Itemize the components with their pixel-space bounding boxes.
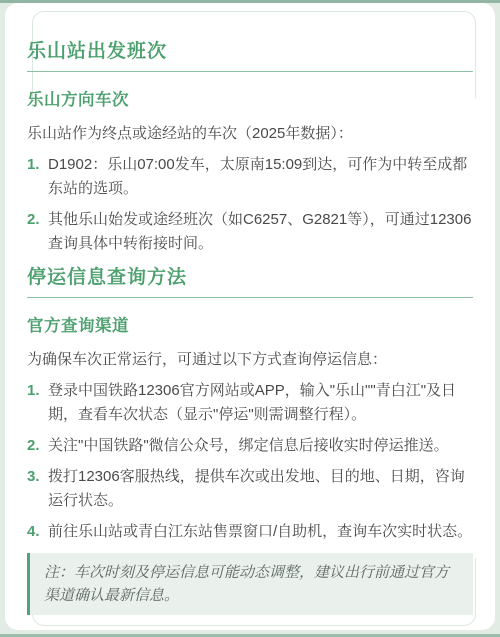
list-item-text: 登录中国铁路12306官方网站或APP，输入"乐山""青白江"及日期，查看车次状… [48,379,473,427]
list-item-text: 前往乐山站或青白江东站售票窗口/自助机，查询车次实时状态。 [48,520,473,544]
bottom-edge-line [0,634,500,637]
document-content: 乐山站出发班次 乐山方向车次 乐山站作为终点或途经站的车次（2025年数据）： … [5,3,495,615]
section-title-departures: 乐山站出发班次 [27,39,473,65]
list-number: 2. [27,208,48,256]
list-item-text: D1902：乐山07:00发车，太原南15:09到达，可作为中转至成都东站的选项… [48,153,473,201]
list-number: 1. [27,379,48,427]
note-box: 注：车次时刻及停运信息可能动态调整，建议出行前通过官方渠道确认最新信息。 [27,553,473,615]
list-item: 4. 前往乐山站或青白江东站售票窗口/自助机，查询车次实时状态。 [27,520,473,544]
list-number: 3. [27,465,48,513]
list-item-text: 拨打12306客服热线，提供车次或出发地、目的地、日期，咨询运行状态。 [48,465,473,513]
list-item: 1. D1902：乐山07:00发车，太原南15:09到达，可作为中转至成都东站… [27,153,473,201]
subsection-heading-direction: 乐山方向车次 [27,89,473,111]
section-title-suspension-info: 停运信息查询方法 [27,265,473,291]
list-item: 3. 拨打12306客服热线，提供车次或出发地、目的地、日期，咨询运行状态。 [27,465,473,513]
title-underline [27,71,473,72]
list-item-text: 关注"中国铁路"微信公众号，绑定信息后接收实时停运推送。 [48,434,473,458]
intro-text: 乐山站作为终点或途经站的车次（2025年数据）： [27,122,473,146]
list-number: 4. [27,520,48,544]
list-item: 2. 其他乐山始发或途经班次（如C6257、G2821等），可通过12306查询… [27,208,473,256]
note-text: 注：车次时刻及停运信息可能动态调整，建议出行前通过官方渠道确认最新信息。 [44,564,449,604]
list-item: 2. 关注"中国铁路"微信公众号，绑定信息后接收实时停运推送。 [27,434,473,458]
list-item-text: 其他乐山始发或途经班次（如C6257、G2821等），可通过12306查询具体中… [48,208,473,256]
list-number: 2. [27,434,48,458]
list-number: 1. [27,153,48,201]
title-underline [27,297,473,298]
subsection-heading-official-channels: 官方查询渠道 [27,315,473,337]
infographic-canvas: 乐山站出发班次 乐山方向车次 乐山站作为终点或途经站的车次（2025年数据）： … [0,0,500,637]
top-edge-line [0,0,500,3]
content-card: 乐山站出发班次 乐山方向车次 乐山站作为终点或途经站的车次（2025年数据）： … [5,3,495,631]
intro-text: 为确保车次正常运行，可通过以下方式查询停运信息： [27,348,473,372]
list-item: 1. 登录中国铁路12306官方网站或APP，输入"乐山""青白江"及日期，查看… [27,379,473,427]
